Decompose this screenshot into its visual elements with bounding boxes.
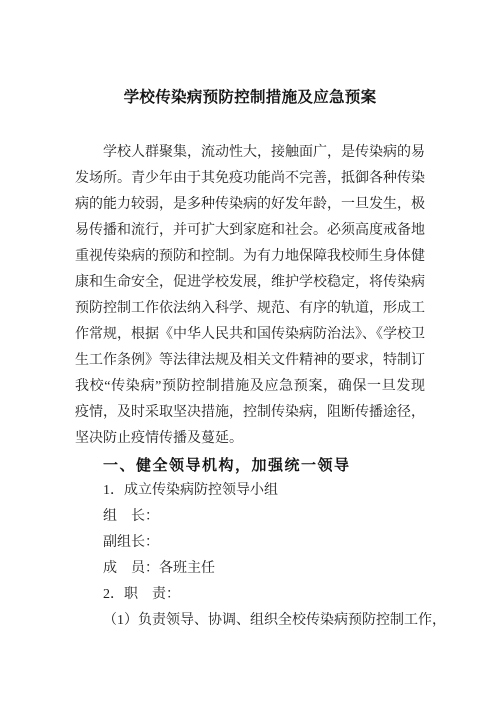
paragraph-line: 作常规，根据《中华人民共和国传染病防治法》、《学校卫 xyxy=(75,322,425,348)
paragraph-line: 重视传染病的预防和控制。为有力地保障我校师生身体健 xyxy=(75,244,425,270)
paragraph-line: 易传播和流行，并可扩大到家庭和社会。必须高度戒备地 xyxy=(75,218,425,244)
list-line: （1）负责领导、协调、组织全校传染病预防控制工作， xyxy=(75,608,425,634)
list-line: 组 长： xyxy=(75,504,425,530)
paragraph-line: 病的能力较弱，是多种传染病的好发年龄，一旦发生，极 xyxy=(75,192,425,218)
paragraph-line: 康和生命安全，促进学校发展，维护学校稳定，将传染病 xyxy=(75,270,425,296)
paragraph-line: 学校人群聚集，流动性大，接触面广，是传染病的易 xyxy=(75,140,425,166)
list-line: 2．职 责： xyxy=(75,582,425,608)
intro-paragraph: 学校人群聚集，流动性大，接触面广，是传染病的易发场所。青少年由于其免疫功能尚不完… xyxy=(75,140,425,452)
list-line: 1．成立传染病防控领导小组 xyxy=(75,478,425,504)
paragraph-line: 坚决防止疫情传播及蔓延。 xyxy=(75,426,425,452)
section-heading: 一、健全领导机构，加强统一领导 xyxy=(75,452,425,478)
document-title: 学校传染病预防控制措施及应急预案 xyxy=(0,0,500,110)
paragraph-line: 生工作条例》等法律法规及相关文件精神的要求，特制订 xyxy=(75,348,425,374)
document-page: 学校传染病预防控制措施及应急预案 学校人群聚集，流动性大，接触面广，是传染病的易… xyxy=(0,0,500,707)
leadership-group-list: 1．成立传染病防控领导小组组 长：副组长：成 员：各班主任2．职 责：（1）负责… xyxy=(75,478,425,634)
document-body: 学校人群聚集，流动性大，接触面广，是传染病的易发场所。青少年由于其免疫功能尚不完… xyxy=(75,140,425,634)
paragraph-line: 预防控制工作依法纳入科学、规范、有序的轨道，形成工 xyxy=(75,296,425,322)
paragraph-line: 发场所。青少年由于其免疫功能尚不完善，抵御各种传染 xyxy=(75,166,425,192)
list-line: 成 员：各班主任 xyxy=(75,556,425,582)
paragraph-line: 我校“传染病”预防控制措施及应急预案，确保一旦发现 xyxy=(75,374,425,400)
paragraph-line: 疫情，及时采取坚决措施，控制传染病，阻断传播途径， xyxy=(75,400,425,426)
list-line: 副组长： xyxy=(75,530,425,556)
